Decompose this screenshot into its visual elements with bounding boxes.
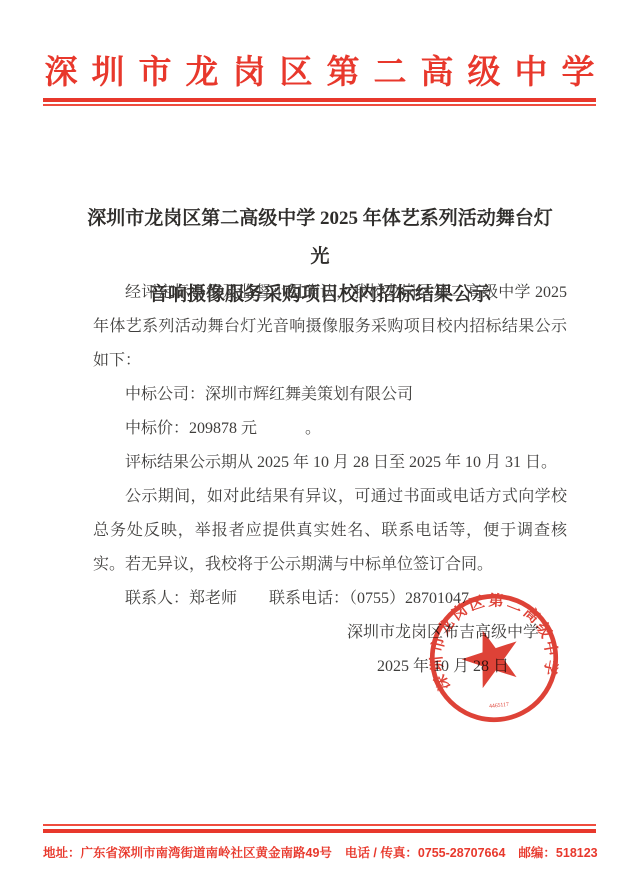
document-title-line1: 深圳市龙岗区第二高级中学 2025 年体艺系列活动舞台灯光	[87, 208, 553, 267]
footer-phone-fax: 电话 / 传真：0755-28707664	[345, 846, 506, 860]
signature-wrap: 深圳市龙岗区布吉高级中学 2025 年 10 月 28 日	[93, 616, 567, 684]
signature-school: 深圳市龙岗区布吉高级中学	[347, 616, 539, 650]
header-rule-thin	[43, 104, 596, 106]
header-rule-thick	[43, 98, 596, 102]
page-footer: 地址：广东省深圳市南湾街道南岭社区黄金南路49号电话 / 传真：0755-287…	[43, 843, 596, 861]
school-name-header: 深圳市龙岗区第二高级中学	[0, 46, 639, 93]
signature-block: 深圳市龙岗区布吉高级中学 2025 年 10 月 28 日	[347, 616, 539, 684]
objection-paragraph: 公示期间，如对此结果有异议，可通过书面或电话方式向学校总务处反映，举报者应提供真…	[93, 480, 567, 582]
document-body: 经评定标小组及监督小组确认，我校龙岗区第二高级中学 2025 年体艺系列活动舞台…	[93, 276, 567, 684]
footer-rule-thick	[43, 829, 596, 833]
seal-code: 4465117	[489, 702, 510, 710]
footer-address: 地址：广东省深圳市南湾街道南岭社区黄金南路49号	[43, 846, 332, 860]
signature-date: 2025 年 10 月 28 日	[347, 650, 539, 684]
publicity-period-line: 评标结果公示期从 2025 年 10 月 28 日至 2025 年 10 月 3…	[93, 446, 567, 480]
document-page: 深圳市龙岗区第二高级中学 深圳市龙岗区第二高级中学 2025 年体艺系列活动舞台…	[0, 0, 639, 882]
contact-line: 联系人：郑老师 联系电话：（0755）28701047	[93, 582, 567, 616]
footer-postcode: 邮编：518123	[518, 846, 597, 860]
paragraph-confirmation: 经评定标小组及监督小组确认，我校龙岗区第二高级中学 2025 年体艺系列活动舞台…	[93, 276, 567, 378]
footer-rule-thin	[43, 824, 596, 826]
winning-price-line: 中标价：209878 元 。	[93, 412, 567, 446]
winning-company-line: 中标公司：深圳市辉红舞美策划有限公司	[93, 378, 567, 412]
